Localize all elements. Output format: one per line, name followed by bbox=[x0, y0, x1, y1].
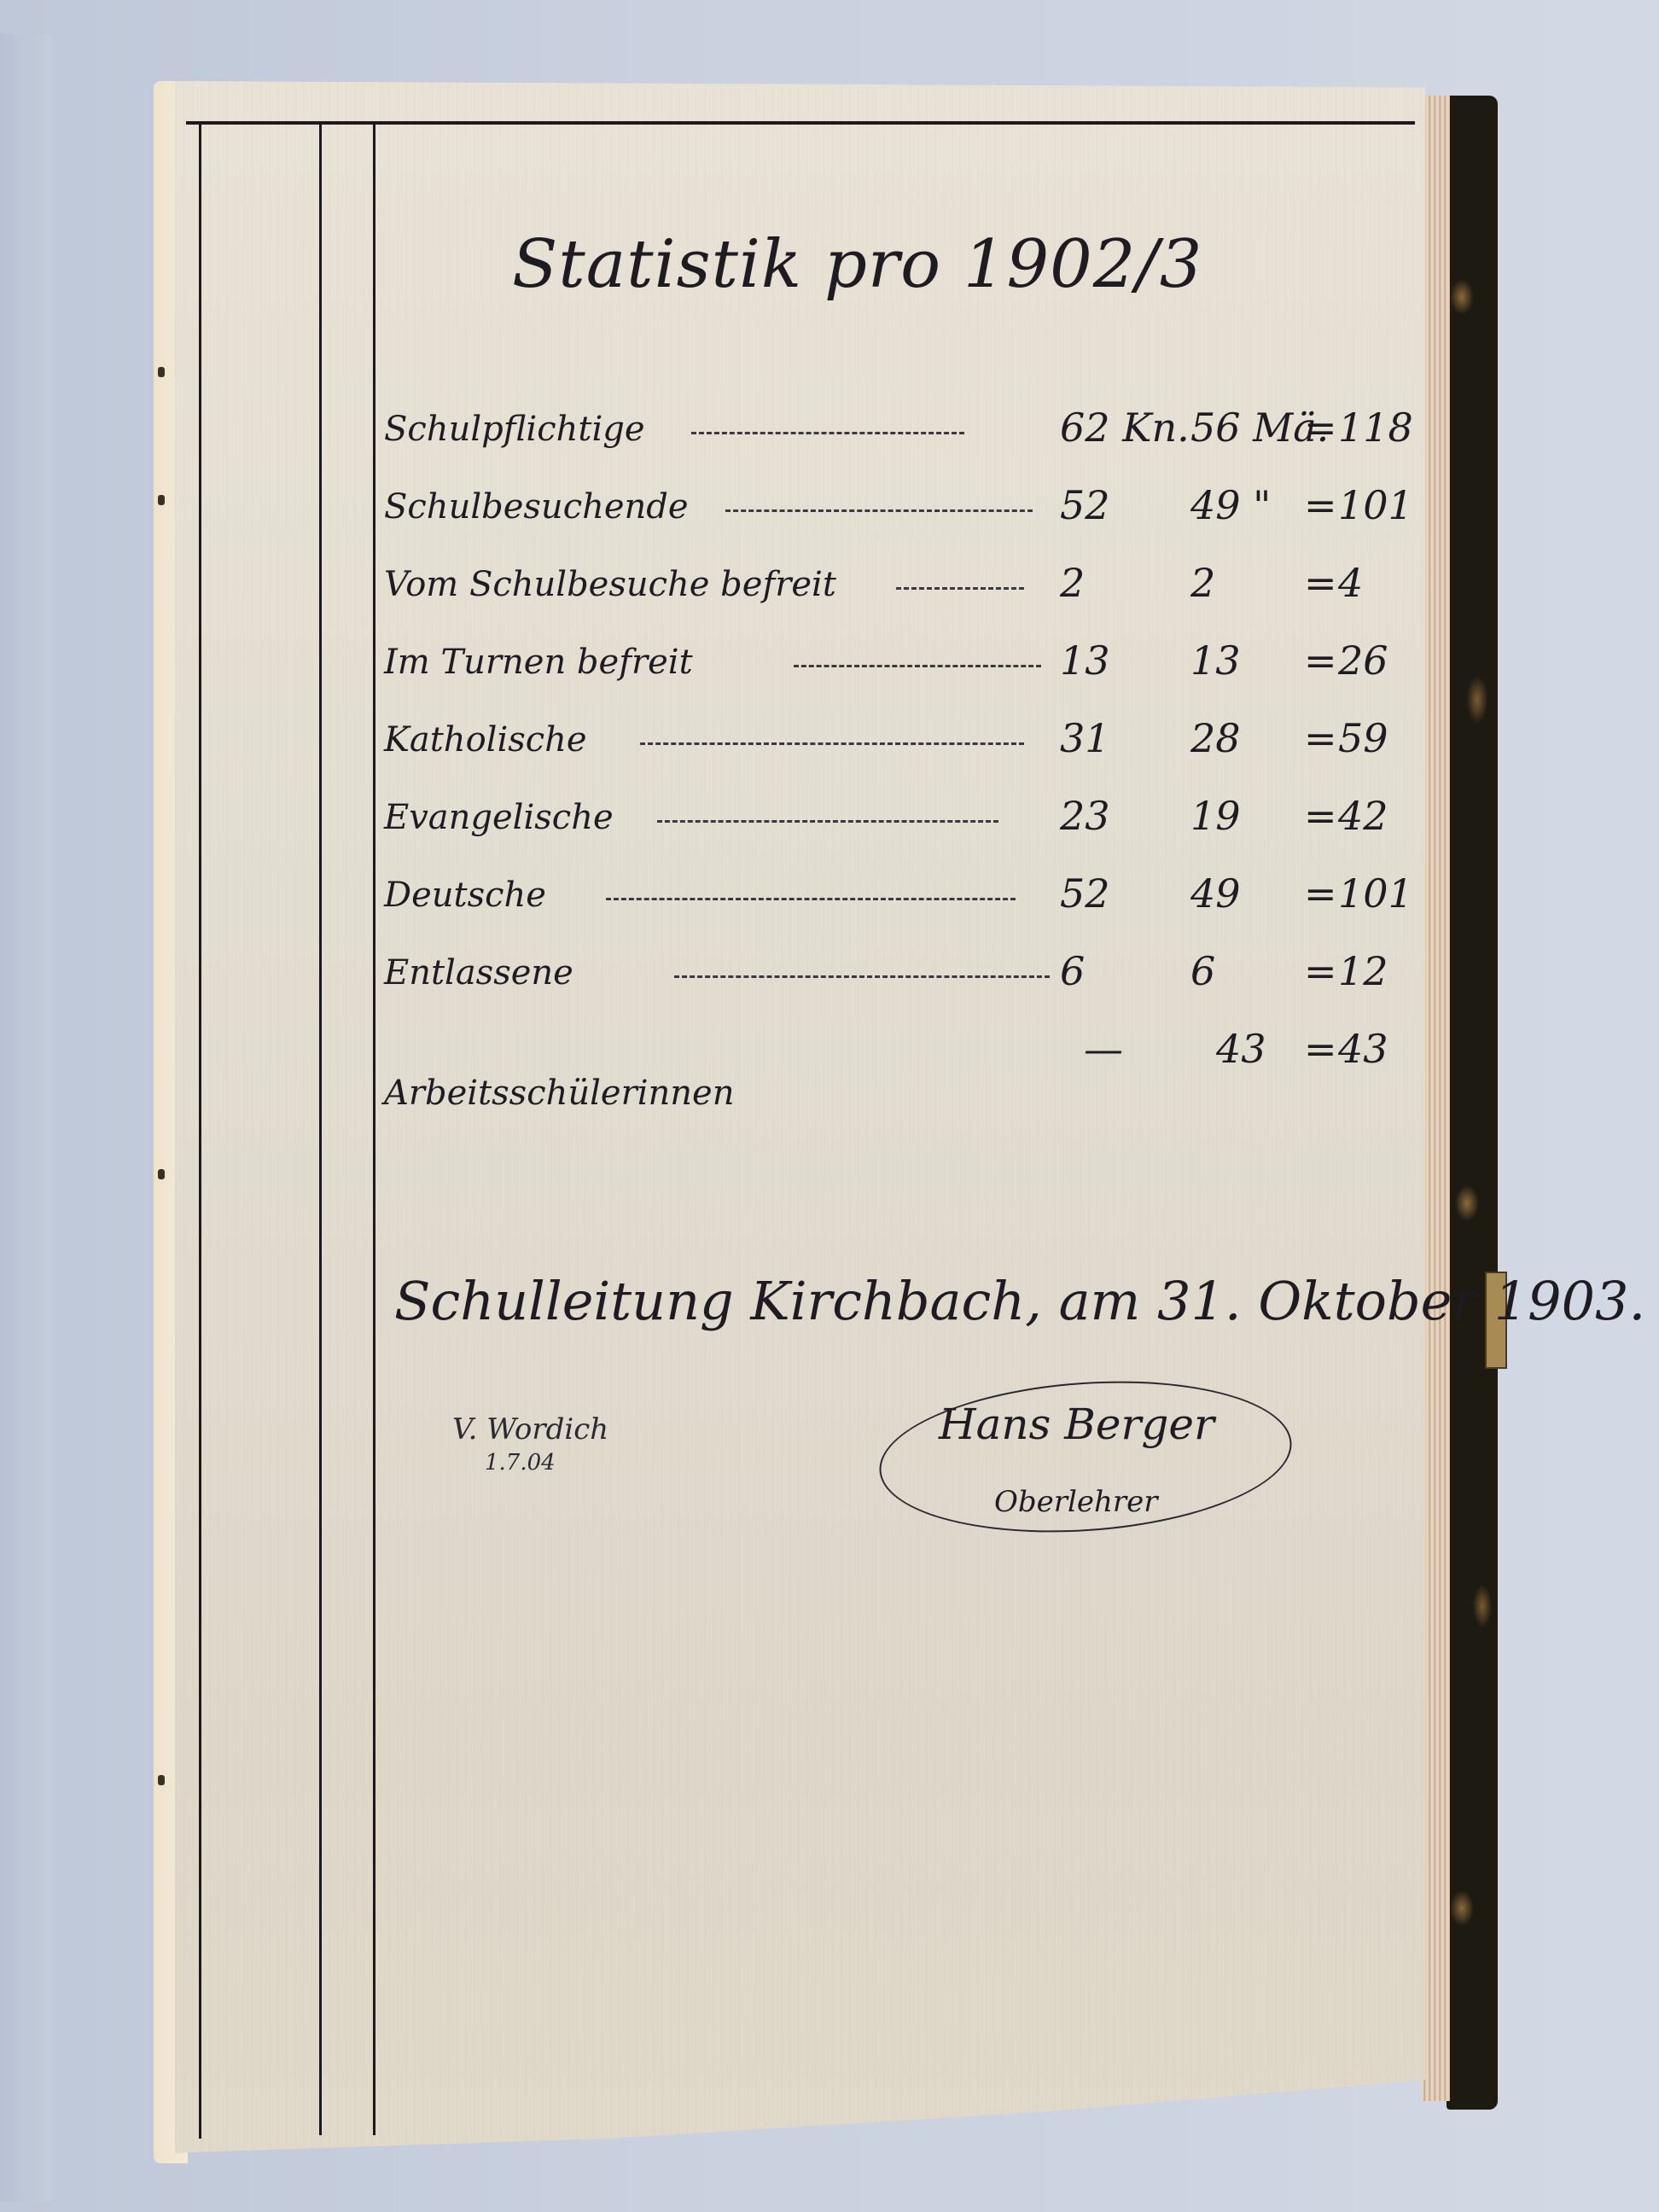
total-count: 101 bbox=[1338, 870, 1413, 917]
leader-dashes bbox=[640, 742, 1024, 747]
row-label: Katholische bbox=[384, 720, 587, 760]
inspection-visa: V. Wordich 1.7.04 bbox=[452, 1412, 608, 1476]
margin-rule-line bbox=[199, 125, 201, 2139]
table-row: Katholische 31 28 = 59 bbox=[384, 720, 1417, 798]
school-office-dateline: Schulleitung Kirchbach, am 31. Oktober 1… bbox=[394, 1270, 1645, 1332]
girls-count: 49 " bbox=[1190, 482, 1271, 528]
row-label: Evangelische bbox=[384, 798, 614, 837]
row-label: Schulpflichtige bbox=[384, 410, 645, 449]
top-rule-line bbox=[186, 121, 1415, 125]
girls-count: 13 bbox=[1190, 637, 1241, 684]
binding-hole bbox=[158, 495, 165, 505]
table-row: Schulbesuchende 52 49 " = 101 bbox=[384, 487, 1417, 565]
row-label: Schulbesuchende bbox=[384, 487, 689, 527]
equals-sign: = bbox=[1304, 560, 1337, 606]
page-edges bbox=[1421, 96, 1450, 2101]
leader-dashes bbox=[896, 587, 1024, 591]
equals-sign: = bbox=[1304, 715, 1337, 761]
binding-hole bbox=[158, 367, 165, 377]
signature-name: Hans Berger bbox=[939, 1400, 1214, 1449]
equals-sign: = bbox=[1304, 405, 1337, 451]
boys-count: 52 bbox=[1060, 482, 1110, 528]
table-row: Im Turnen befreit 13 13 = 26 bbox=[384, 643, 1417, 720]
table-row: Deutsche 52 49 = 101 bbox=[384, 876, 1417, 953]
total-count: 4 bbox=[1338, 560, 1363, 606]
equals-sign: = bbox=[1304, 793, 1337, 839]
visa-date: 1.7.04 bbox=[485, 1450, 608, 1476]
signature-title: Oberlehrer bbox=[994, 1485, 1158, 1519]
leader-dashes bbox=[606, 898, 1016, 902]
page-title: Statistik pro 1902/3 bbox=[512, 226, 1202, 303]
margin-rule-line bbox=[373, 125, 375, 2135]
total-count: 118 bbox=[1338, 405, 1413, 451]
boys-count: — bbox=[1084, 1026, 1123, 1072]
girls-count: 2 bbox=[1190, 560, 1215, 606]
margin-rule-line bbox=[319, 125, 322, 2135]
table-row: Schulpflichtige 62 Kn. 56 Mä. = 118 bbox=[384, 410, 1417, 487]
boys-count: 31 bbox=[1060, 715, 1110, 761]
equals-sign: = bbox=[1304, 948, 1337, 994]
equals-sign: = bbox=[1304, 637, 1337, 684]
girls-count: 49 bbox=[1190, 870, 1241, 917]
total-count: 26 bbox=[1338, 637, 1388, 684]
total-count: 42 bbox=[1338, 793, 1388, 839]
table-row: Arbeitsschülerinnen — 43 = 43 bbox=[384, 1031, 1417, 1109]
background-surface bbox=[0, 34, 51, 2202]
leader-dashes bbox=[657, 820, 998, 824]
visa-name: V. Wordich bbox=[452, 1412, 608, 1447]
leader-dashes bbox=[725, 509, 1033, 514]
leader-dashes bbox=[674, 975, 1050, 980]
equals-sign: = bbox=[1304, 1026, 1337, 1072]
binding-hole bbox=[158, 1169, 165, 1179]
total-count: 101 bbox=[1338, 482, 1413, 528]
boys-count: 13 bbox=[1060, 637, 1110, 684]
ledger-page bbox=[175, 81, 1425, 2163]
statistics-table: Schulpflichtige 62 Kn. 56 Mä. = 118 Schu… bbox=[384, 410, 1417, 1109]
table-row: Vom Schulbesuche befreit 2 2 = 4 bbox=[384, 565, 1417, 643]
table-row: Evangelische 23 19 = 42 bbox=[384, 798, 1417, 876]
girls-count: 28 bbox=[1190, 715, 1241, 761]
equals-sign: = bbox=[1304, 482, 1337, 528]
row-label: Vom Schulbesuche befreit bbox=[384, 565, 836, 604]
row-label: Im Turnen befreit bbox=[384, 643, 693, 682]
boys-count: 23 bbox=[1060, 793, 1110, 839]
row-label: Arbeitsschülerinnen bbox=[384, 1074, 734, 1113]
boys-count: 62 Kn. bbox=[1060, 405, 1190, 451]
equals-sign: = bbox=[1304, 870, 1337, 917]
total-count: 43 bbox=[1338, 1026, 1388, 1072]
girls-count: 43 bbox=[1216, 1026, 1266, 1072]
boys-count: 52 bbox=[1060, 870, 1110, 917]
girls-count: 6 bbox=[1190, 948, 1215, 994]
girls-count: 19 bbox=[1190, 793, 1241, 839]
row-label: Entlassene bbox=[384, 953, 573, 992]
boys-count: 6 bbox=[1060, 948, 1085, 994]
binding-hole bbox=[158, 1775, 165, 1785]
total-count: 59 bbox=[1338, 715, 1388, 761]
leader-dashes bbox=[794, 665, 1041, 669]
book-cover-spine bbox=[1447, 96, 1498, 2110]
row-label: Deutsche bbox=[384, 876, 546, 915]
leader-dashes bbox=[691, 432, 964, 436]
total-count: 12 bbox=[1338, 948, 1388, 994]
table-row: Entlassene 6 6 = 12 bbox=[384, 953, 1417, 1031]
boys-count: 2 bbox=[1060, 560, 1085, 606]
